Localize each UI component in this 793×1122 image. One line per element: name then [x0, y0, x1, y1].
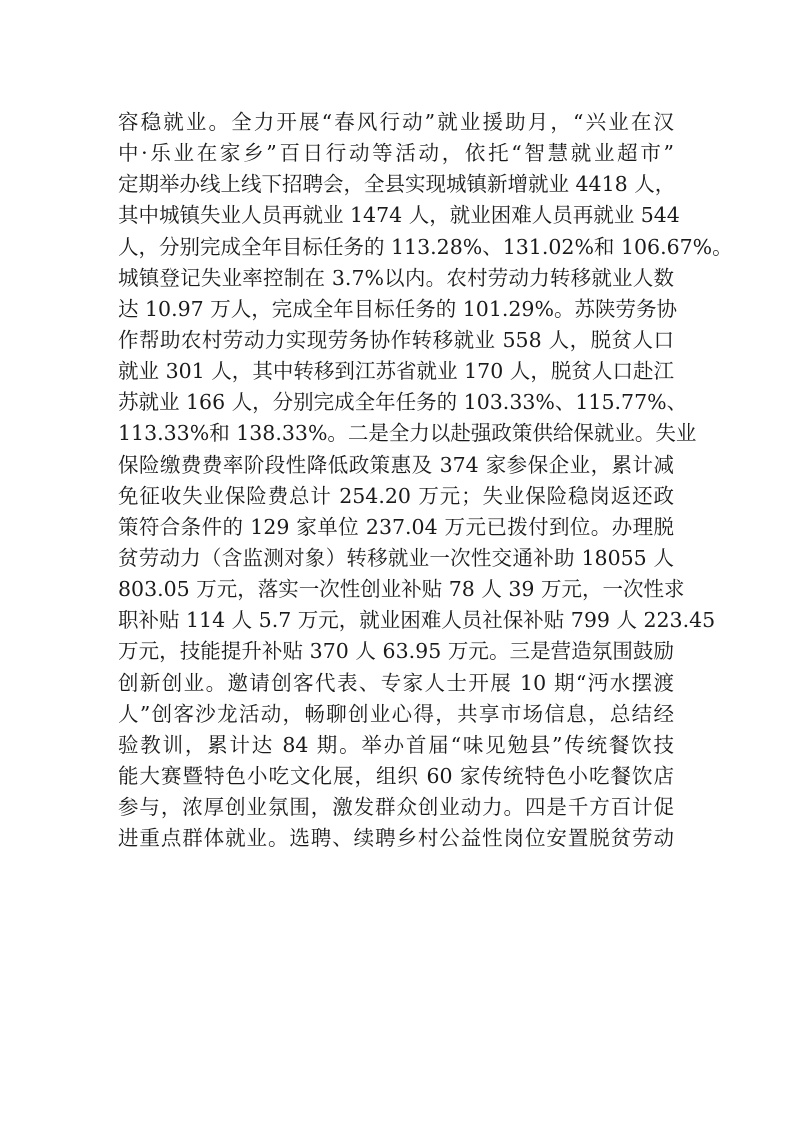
text-line: 定期举办线上线下招聘会，全县实现城镇新增就业 4418 人， — [118, 169, 674, 200]
text-line: 城镇登记失业率控制在 3.7%以内。农村劳动力转移就业人数 — [118, 263, 674, 294]
text-line: 其中城镇失业人员再就业 1474 人，就业困难人员再就业 544 — [118, 200, 674, 231]
document-page: 容稳就业。全力开展“春风行动”就业援助月，“兴业在汉 中·乐业在家乡”百日行动等… — [118, 107, 674, 854]
text-line: 容稳就业。全力开展“春风行动”就业援助月，“兴业在汉 — [118, 107, 674, 138]
text-line: 人，分别完成全年目标任务的 113.28%、131.02%和 106.67%。 — [118, 232, 674, 263]
text-line: 113.33%和 138.33%。二是全力以赴强政策供给保就业。失业 — [118, 418, 674, 449]
text-line: 创新创业。邀请创客代表、专家人士开展 10 期“沔水摆渡 — [118, 668, 674, 699]
text-line: 贫劳动力（含监测对象）转移就业一次性交通补助 18055 人 — [118, 543, 674, 574]
text-line: 参与，浓厚创业氛围，激发群众创业动力。四是千方百计促 — [118, 792, 674, 823]
text-line: 就业 301 人，其中转移到江苏省就业 170 人，脱贫人口赴江 — [118, 356, 674, 387]
text-line: 中·乐业在家乡”百日行动等活动，依托“智慧就业超市” — [118, 138, 674, 169]
text-line: 验教训，累计达 84 期。举办首届“味见勉县”传统餐饮技 — [118, 730, 674, 761]
text-line: 达 10.97 万人，完成全年目标任务的 101.29%。苏陕劳务协 — [118, 294, 674, 325]
text-line: 803.05 万元，落实一次性创业补贴 78 人 39 万元，一次性求 — [118, 574, 674, 605]
text-line: 免征收失业保险费总计 254.20 万元；失业保险稳岗返还政 — [118, 481, 674, 512]
text-line: 作帮助农村劳动力实现劳务协作转移就业 558 人，脱贫人口 — [118, 325, 674, 356]
text-line: 策符合条件的 129 家单位 237.04 万元已拨付到位。办理脱 — [118, 512, 674, 543]
text-line: 人”创客沙龙活动，畅聊创业心得，共享市场信息，总结经 — [118, 699, 674, 730]
text-line: 进重点群体就业。选聘、续聘乡村公益性岗位安置脱贫劳动 — [118, 823, 674, 854]
text-line: 万元，技能提升补贴 370 人 63.95 万元。三是营造氛围鼓励 — [118, 636, 674, 667]
text-line: 职补贴 114 人 5.7 万元，就业困难人员社保补贴 799 人 223.45 — [118, 605, 674, 636]
text-line: 能大赛暨特色小吃文化展，组织 60 家传统特色小吃餐饮店 — [118, 761, 674, 792]
text-line: 苏就业 166 人，分别完成全年任务的 103.33%、115.77%、 — [118, 387, 674, 418]
text-line: 保险缴费费率阶段性降低政策惠及 374 家参保企业，累计减 — [118, 450, 674, 481]
